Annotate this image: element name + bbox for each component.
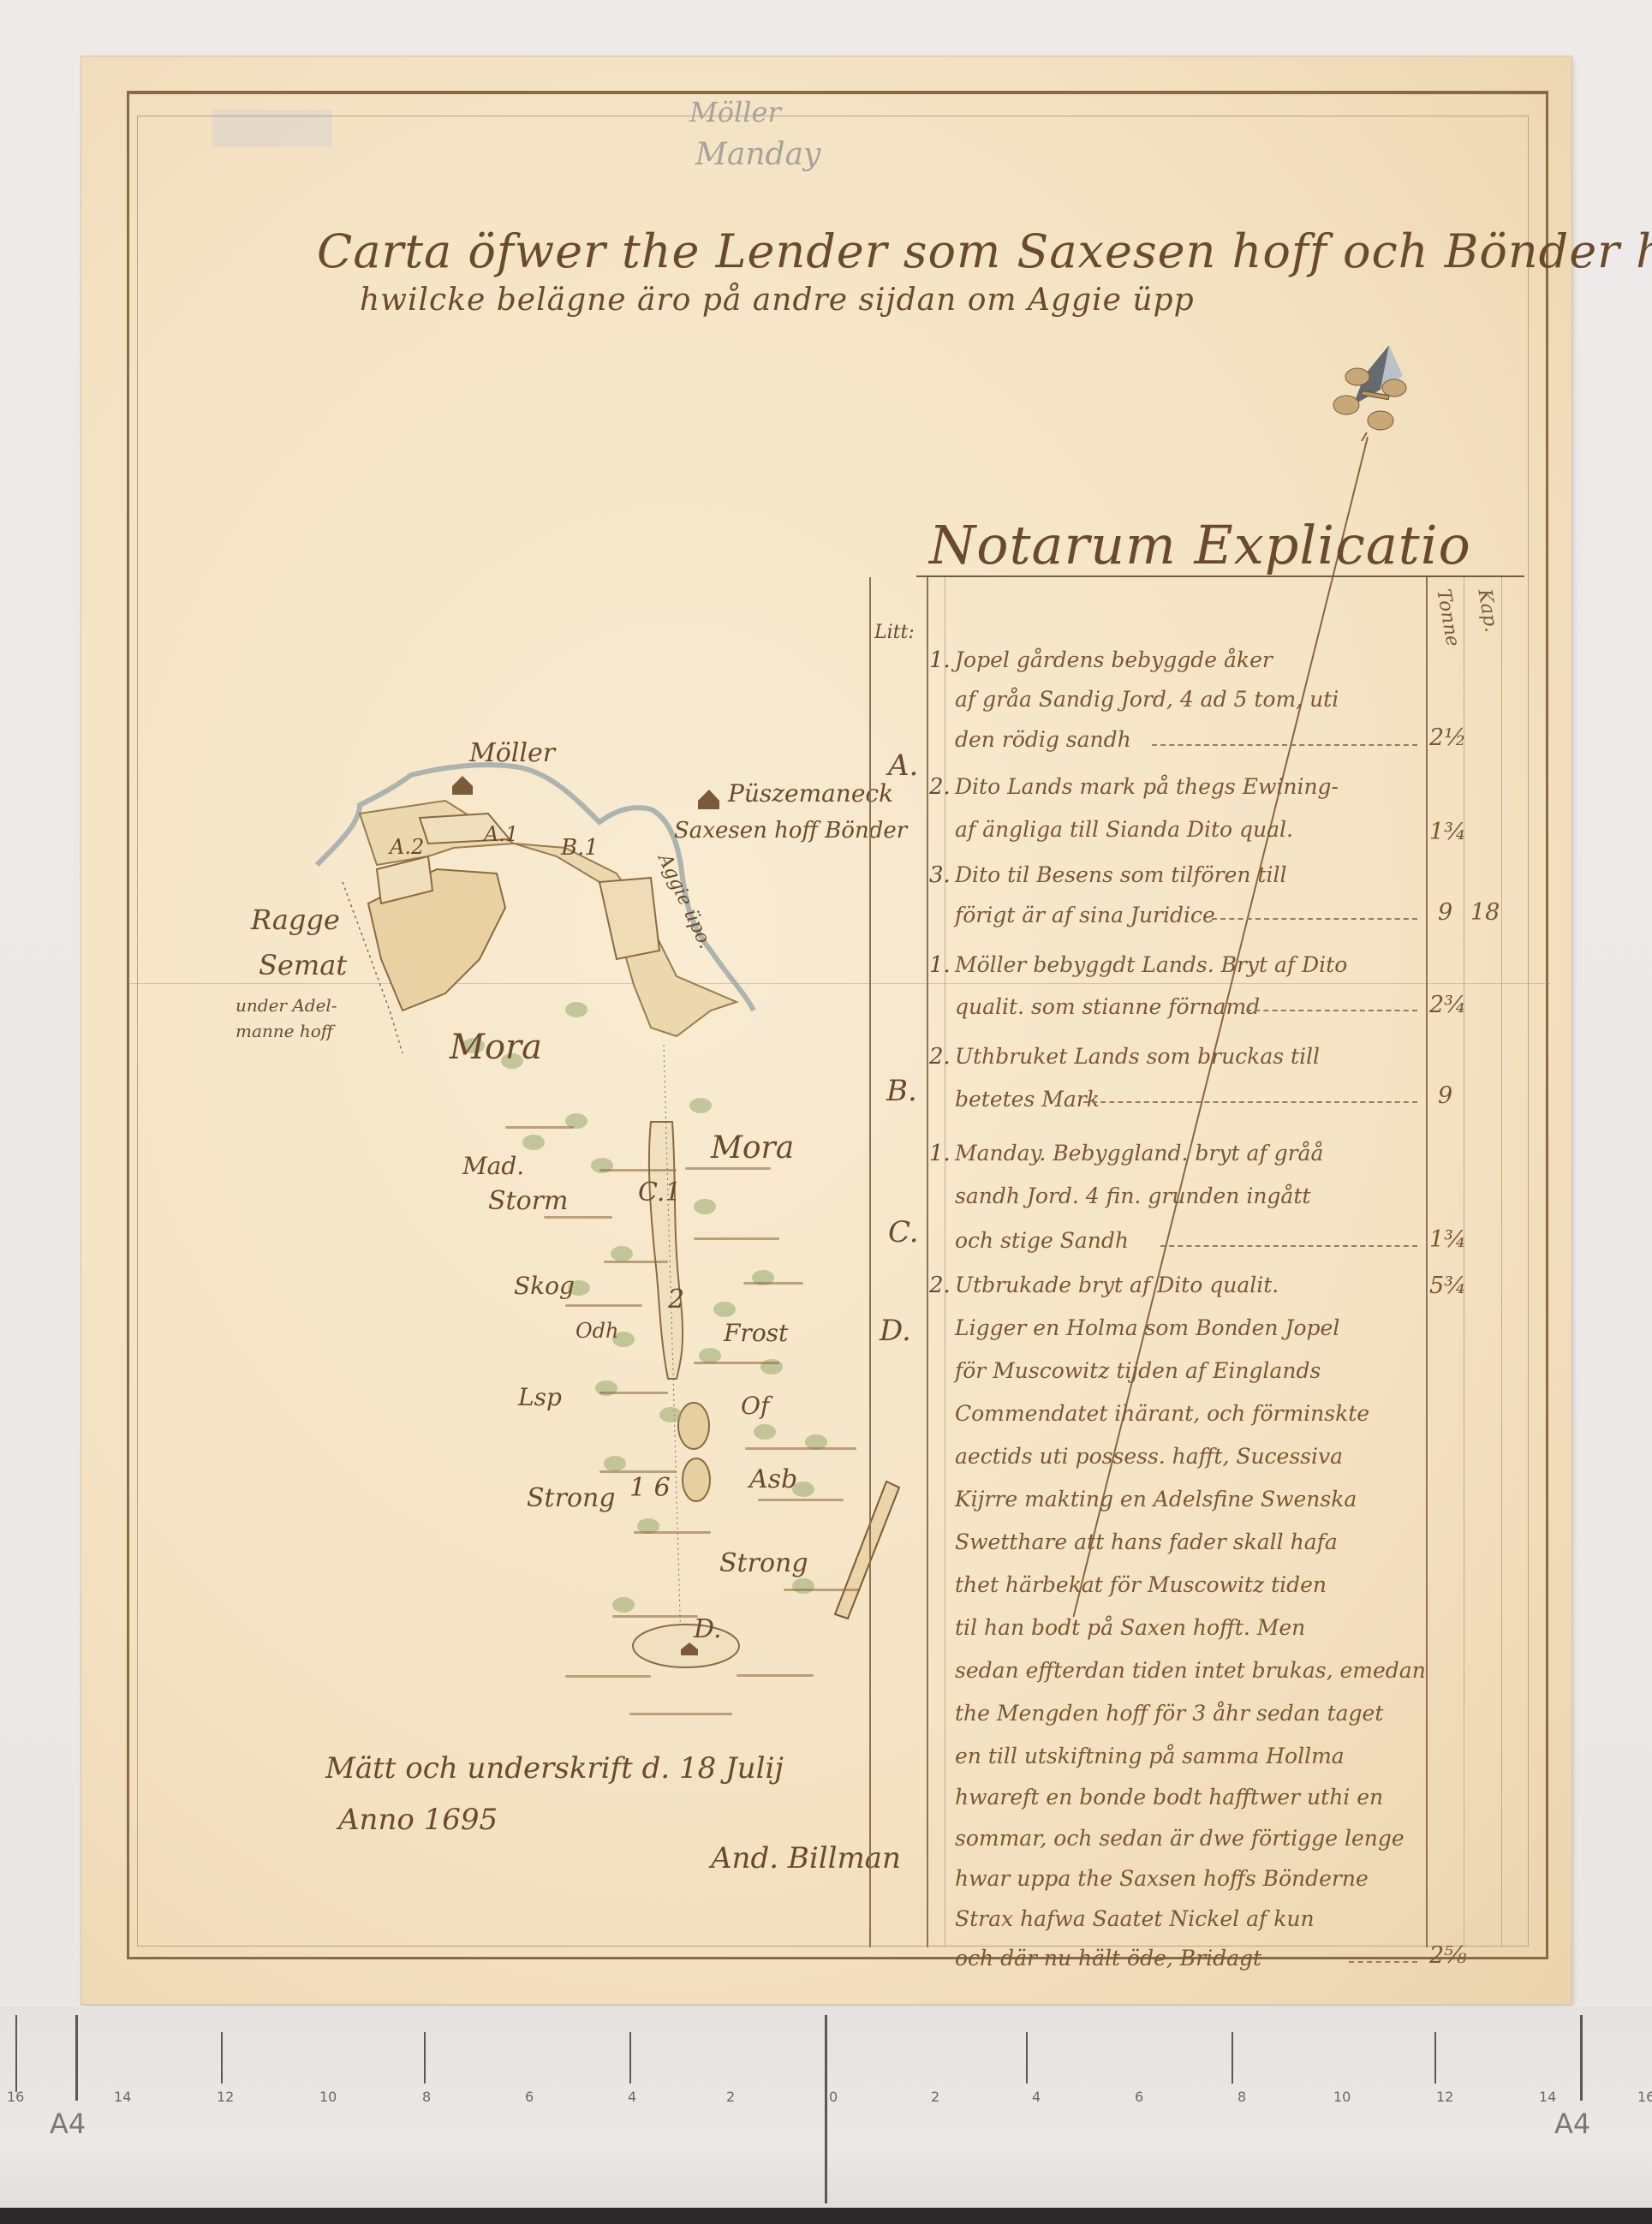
survey-date-line: Mätt och underskrift d. 18 Julij bbox=[325, 1751, 784, 1786]
meadow-mark bbox=[694, 1237, 779, 1240]
legend-title: Notarum Explicatio bbox=[929, 514, 1471, 576]
tree-icon bbox=[565, 1002, 587, 1017]
ruler-tick bbox=[424, 2032, 426, 2084]
scanner-edge bbox=[0, 2208, 1652, 2224]
ruler-tick bbox=[75, 2015, 78, 2101]
meadow-mark bbox=[544, 1216, 612, 1219]
leader-line bbox=[1160, 1245, 1417, 1247]
label-mora-1: Mora bbox=[450, 1028, 542, 1067]
meadow-mark bbox=[565, 1304, 642, 1307]
legend-row-num: 1. bbox=[929, 647, 951, 673]
meadow-mark bbox=[784, 1589, 861, 1591]
legend-row-num: 2. bbox=[929, 1044, 951, 1070]
legend-col-rule bbox=[1501, 577, 1502, 1947]
label-under-2: manne hoff bbox=[236, 1021, 333, 1041]
label-under: under Adel- bbox=[236, 995, 337, 1016]
label-ragge: Ragge bbox=[251, 903, 340, 936]
legend-letter-b: B. bbox=[886, 1074, 917, 1108]
paper-size-marker-left: A4 bbox=[50, 2108, 86, 2140]
field-label-a1: A.1 bbox=[484, 822, 518, 846]
legend-header-kap: Kap. bbox=[1473, 587, 1501, 634]
ruler-label: 12 bbox=[217, 2089, 234, 2105]
label-skog: Skog bbox=[514, 1272, 575, 1300]
tree-icon bbox=[659, 1407, 682, 1422]
legend-tonne-value: 2¾ bbox=[1429, 992, 1466, 1018]
legend-row-text: Ligger en Holma som Bonden Jopel bbox=[955, 1315, 1339, 1340]
ruler-tick bbox=[629, 2032, 631, 2084]
label-strong-1: Strong bbox=[527, 1483, 616, 1513]
tree-icon bbox=[612, 1597, 635, 1613]
legend-table: Tonne Kap. Litt: A. 1. Jopel gårdens beb… bbox=[869, 577, 1537, 1947]
label-frost: Frost bbox=[724, 1319, 788, 1347]
field-label-d: D. bbox=[694, 1614, 722, 1644]
tree-icon bbox=[689, 1098, 712, 1113]
meadow-mark bbox=[634, 1531, 711, 1534]
label-semat: Semat bbox=[259, 949, 347, 981]
legend-row-text: Möller bebyggdt Lands. Bryt af Dito bbox=[955, 952, 1347, 977]
meadow-mark bbox=[612, 1615, 698, 1618]
legend-row-text: Manday. Bebyggland. bryt af gråå bbox=[955, 1141, 1323, 1166]
legend-kap-value: 18 bbox=[1470, 899, 1500, 926]
ruler-label: 8 bbox=[422, 2089, 431, 2105]
meadow-mark bbox=[685, 1167, 771, 1170]
legend-row-text: och där nu hält öde, Bridagt bbox=[955, 1946, 1261, 1971]
tree-icon bbox=[522, 1135, 545, 1150]
label-mad: Mad. bbox=[462, 1152, 524, 1180]
legend-row-text: thet härbekat för Muscowitz tiden bbox=[955, 1572, 1327, 1597]
legend-row-text: af gråa Sandig Jord, 4 ad 5 tom, uti bbox=[955, 687, 1339, 712]
leader-line bbox=[1246, 1010, 1417, 1011]
tree-icon bbox=[694, 1199, 716, 1214]
meadow-mark bbox=[745, 1447, 856, 1450]
legend-row-text: hwar uppa the Saxsen hoffs Bönderne bbox=[955, 1866, 1369, 1891]
ruler-label: 0 bbox=[829, 2089, 838, 2105]
ruler-label: 4 bbox=[1032, 2089, 1041, 2105]
ruler-tick bbox=[1434, 2032, 1436, 2084]
legend-letter-c: C. bbox=[888, 1215, 919, 1249]
legend-row-text: Jopel gårdens bebyggde åker bbox=[955, 647, 1273, 672]
legend-row-text: aectids uti possess. hafft, Sucessiva bbox=[955, 1444, 1343, 1469]
ruler-tick bbox=[221, 2032, 223, 2084]
label-moller: Möller bbox=[469, 738, 555, 768]
ruler-label: 6 bbox=[1135, 2089, 1143, 2105]
label-lsp: Lsp bbox=[518, 1383, 562, 1411]
leader-line bbox=[1152, 744, 1417, 746]
meadow-mark bbox=[758, 1499, 844, 1501]
legend-tonne-value: 9 bbox=[1438, 1082, 1452, 1109]
legend-row-text: Swetthare att hans fader skall hafa bbox=[955, 1529, 1338, 1554]
legend-tonne-value: 2½ bbox=[1429, 724, 1466, 751]
legend-row-text: och stige Sandh bbox=[955, 1228, 1129, 1253]
legend-row-text: sommar, och sedan är dwe förtigge lenge bbox=[955, 1826, 1404, 1851]
legend-row-text: Uthbruket Lands som bruckas till bbox=[955, 1044, 1320, 1069]
legend-row-text: Dito til Besens som tilfören till bbox=[955, 862, 1286, 887]
legend-row-text: til han bodt på Saxen hofft. Men bbox=[955, 1615, 1305, 1640]
field-label-c2: 2 bbox=[668, 1285, 684, 1315]
legend-row-text: Commendatet ihärant, och förminskte bbox=[955, 1401, 1369, 1426]
legend-row-num: 1. bbox=[929, 952, 951, 978]
legend-tonne-value: 9 bbox=[1438, 899, 1452, 926]
legend-letter-a: A. bbox=[888, 748, 918, 783]
legend-col-border bbox=[1426, 577, 1428, 1947]
legend-tonne-value: 2⅝ bbox=[1429, 1942, 1466, 1969]
meadow-mark bbox=[505, 1126, 574, 1129]
ruler-label: 2 bbox=[726, 2089, 735, 2105]
ruler-tick bbox=[1232, 2032, 1233, 2084]
scanner-ruler: 16 14 12 10 8 6 4 2 0 2 4 6 8 10 12 14 1… bbox=[0, 2006, 1652, 2208]
legend-row-text: för Muscowitz tijden af Einglands bbox=[955, 1358, 1321, 1383]
meadow-mark bbox=[629, 1713, 732, 1715]
meadow-mark bbox=[737, 1674, 814, 1677]
leader-line bbox=[1083, 1101, 1417, 1103]
field-label-a2: A.2 bbox=[390, 835, 424, 859]
legend-row-num: 1. bbox=[929, 1141, 951, 1166]
label-odh: Odh bbox=[576, 1319, 619, 1343]
ruler-tick bbox=[1580, 2015, 1583, 2101]
leader-line bbox=[1349, 1961, 1417, 1963]
legend-row-text: Dito Lands mark på thegs Ewining- bbox=[955, 774, 1339, 799]
legend-row-text: sedan effterdan tiden intet brukas, emed… bbox=[955, 1658, 1426, 1683]
label-asb: Asb bbox=[749, 1464, 797, 1494]
legend-header-litt: Litt: bbox=[874, 622, 915, 643]
legend-row-text: af ängliga till Sianda Dito qual. bbox=[955, 817, 1293, 842]
field-label-b1: B.1 bbox=[561, 835, 599, 861]
ruler-tick bbox=[825, 2015, 827, 2203]
ruler-label: 4 bbox=[628, 2089, 636, 2105]
legend-row-num: 3. bbox=[929, 862, 951, 888]
label-of: Of bbox=[741, 1392, 769, 1420]
label-storm: Storm bbox=[488, 1186, 568, 1216]
meadow-mark bbox=[604, 1261, 668, 1263]
legend-col-border bbox=[927, 577, 928, 1947]
tree-icon bbox=[713, 1302, 736, 1317]
legend-row-text: hwareft en bonde bodt hafftwer uthi en bbox=[955, 1785, 1383, 1810]
legend-header-tonne: Tonne bbox=[1432, 587, 1463, 648]
ruler-label: 10 bbox=[319, 2089, 337, 2105]
ruler-label: 14 bbox=[114, 2089, 131, 2105]
legend-tonne-value: 1¾ bbox=[1429, 1226, 1466, 1253]
legend-tonne-value: 5¾ bbox=[1429, 1273, 1466, 1299]
ruler-label: 10 bbox=[1333, 2089, 1351, 2105]
label-mora-2: Mora bbox=[711, 1130, 794, 1166]
ruler-label: 16 bbox=[1637, 2089, 1652, 2105]
tree-icon bbox=[754, 1424, 776, 1440]
field-label-c1: C.1 bbox=[638, 1178, 682, 1207]
legend-row-text: betetes Mark bbox=[955, 1087, 1100, 1112]
legend-row-text: sandh Jord. 4 fin. grunden ingått bbox=[955, 1184, 1310, 1208]
legend-row-text: Kijrre makting en Adelsfine Swenska bbox=[955, 1487, 1357, 1511]
tree-icon bbox=[611, 1246, 633, 1261]
legend-tonne-value: 1¾ bbox=[1429, 819, 1466, 845]
legend-letter-d: D. bbox=[880, 1314, 911, 1348]
legend-row-text: den rödig sandh bbox=[955, 727, 1131, 752]
field-label-16: 1 6 bbox=[629, 1473, 671, 1503]
meadow-mark bbox=[599, 1392, 668, 1394]
legend-row-text: en till utskiftning på samma Hollma bbox=[955, 1744, 1345, 1768]
ruler-label: 2 bbox=[931, 2089, 939, 2105]
legend-row-text: the Mengden hoff för 3 åhr sedan taget bbox=[955, 1701, 1383, 1726]
survey-year-line: Anno 1695 bbox=[338, 1803, 498, 1837]
tree-icon bbox=[792, 1578, 814, 1594]
label-strong-2: Strong bbox=[719, 1548, 808, 1578]
ruler-label: 6 bbox=[525, 2089, 534, 2105]
tree-icon bbox=[604, 1456, 626, 1471]
meadow-mark bbox=[599, 1169, 677, 1172]
meadow-mark bbox=[694, 1362, 779, 1364]
legend-row-text: Utbrukade bryt af Dito qualit. bbox=[955, 1273, 1279, 1297]
legend-row-text: Strax hafwa Saatet Nickel af kun bbox=[955, 1906, 1315, 1931]
paper-size-marker-right: A4 bbox=[1554, 2108, 1590, 2140]
ruler-tick bbox=[1026, 2032, 1028, 2084]
ruler-label: 12 bbox=[1436, 2089, 1453, 2105]
ruler-label: 8 bbox=[1238, 2089, 1246, 2105]
legend-row-num: 2. bbox=[929, 774, 951, 800]
legend-row-num: 2. bbox=[929, 1273, 951, 1298]
legend-row-text: förigt är af sina Juridice bbox=[955, 903, 1215, 927]
legend-col-border bbox=[869, 577, 871, 1947]
leader-line bbox=[1212, 918, 1417, 920]
meadow-mark bbox=[743, 1282, 803, 1285]
meadow-mark bbox=[565, 1675, 651, 1678]
ruler-label: 16 bbox=[7, 2089, 24, 2105]
ruler-label: 14 bbox=[1539, 2089, 1556, 2105]
legend-col-rule bbox=[1464, 577, 1464, 1947]
legend-row-text: qualit. som stianne förnamd bbox=[955, 994, 1260, 1019]
ruler-tick bbox=[15, 2015, 17, 2092]
